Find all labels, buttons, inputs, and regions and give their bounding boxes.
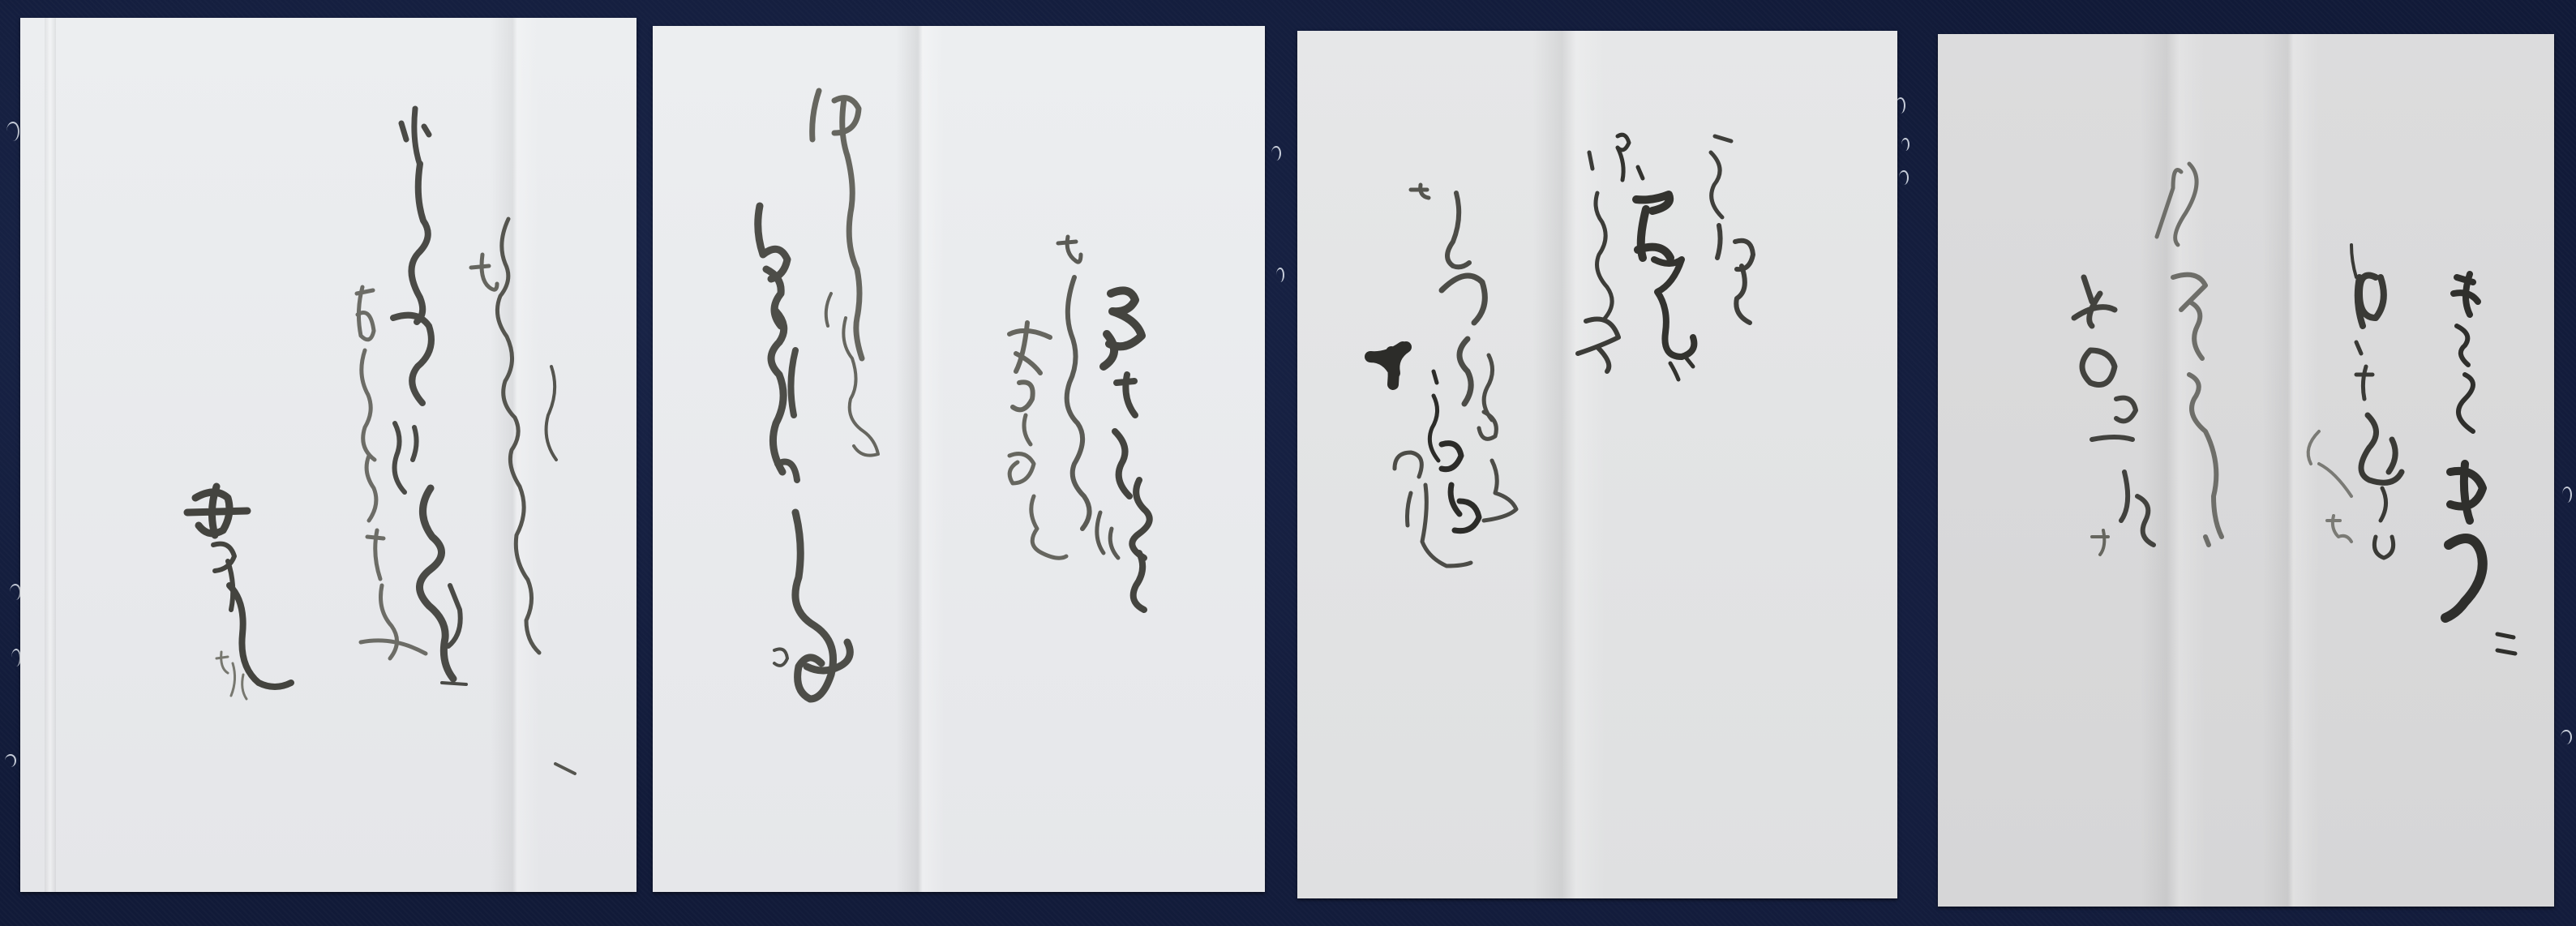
calligraphy-ink: こくゆく (approximate reading) りいまなわが (appro… bbox=[1297, 31, 1897, 898]
calligraphy-column: わきたへしら (approximate reading) bbox=[758, 206, 851, 699]
calligraphy-column: おきくらちるめ (approximate reading) bbox=[357, 287, 426, 658]
loose-thread bbox=[1276, 268, 1284, 282]
calligraphy-column: こつくぬるる (approximate reading) bbox=[1442, 193, 1516, 521]
loose-thread bbox=[1271, 146, 1281, 161]
calligraphy-column: す bbox=[2092, 530, 2108, 555]
calligraphy-column: 堂の日をと (approximate reading) bbox=[2074, 277, 2154, 545]
calligraphy-sheet-1: Sheet 1 くらふそすに (approximate reading) か や… bbox=[20, 18, 636, 892]
calligraphy-column: か bbox=[471, 255, 497, 289]
calligraphy-sheet-4: Sheet 4 ささらわに (approximate reading) ゆいたり… bbox=[1938, 34, 2554, 907]
loose-thread bbox=[6, 122, 19, 141]
calligraphy-sheet-2: Sheet 2 伊りくとそを (approximate reading) わきた… bbox=[653, 26, 1265, 892]
loose-thread bbox=[1901, 138, 1909, 151]
calligraphy-column: まてたくい (approximate reading) bbox=[1104, 290, 1150, 610]
calligraphy-ink: くらふそすに (approximate reading) か やりつるいとまるも… bbox=[20, 18, 636, 892]
calligraphy-column: こくゆく (approximate reading) bbox=[1711, 136, 1753, 323]
calligraphy-column: かしらきにて (approximate reading) bbox=[1058, 237, 1118, 558]
calligraphy-column: 春くあると (approximate reading) bbox=[1009, 323, 1066, 558]
calligraphy-column: 伊りくとそを (approximate reading) bbox=[812, 91, 878, 456]
loose-thread bbox=[10, 584, 21, 600]
calligraphy-column: か bbox=[1411, 185, 1429, 198]
calligraphy-column: りいまなわが (approximate reading) bbox=[1618, 135, 1694, 379]
loose-thread bbox=[1899, 170, 1909, 185]
calligraphy-column: つてし (approximate reading) bbox=[1395, 452, 1471, 566]
loose-thread bbox=[5, 754, 16, 767]
calligraphy-column: 母りし (approximate reading) bbox=[187, 487, 291, 687]
calligraphy-ink: ささらわに (approximate reading) ゆいたりせとか (app… bbox=[1938, 34, 2554, 907]
calligraphy-column: くらふそすに (approximate reading) bbox=[497, 219, 575, 774]
calligraphy-column: ささらわに (approximate reading) bbox=[2445, 274, 2515, 654]
calligraphy-ink: 伊りくとそを (approximate reading) わきたへしら (app… bbox=[653, 26, 1265, 892]
calligraphy-column: ゆいたりせとか (approximate reading) bbox=[2351, 245, 2402, 558]
calligraphy-column: くさ (approximate reading) bbox=[2308, 431, 2351, 542]
loose-thread bbox=[2561, 730, 2572, 744]
calligraphy-column: やりつるいとまるも (approximate reading) bbox=[393, 109, 466, 684]
loose-thread bbox=[2562, 487, 2572, 503]
calligraphy-column: いりくる堂 (approximate reading) bbox=[1578, 152, 1618, 371]
calligraphy-column: ろくすくもし (approximate reading) bbox=[2157, 164, 2222, 545]
calligraphy-sheet-3: Sheet 3 こくゆく (approximate reading) りいまなわ… bbox=[1297, 31, 1897, 898]
